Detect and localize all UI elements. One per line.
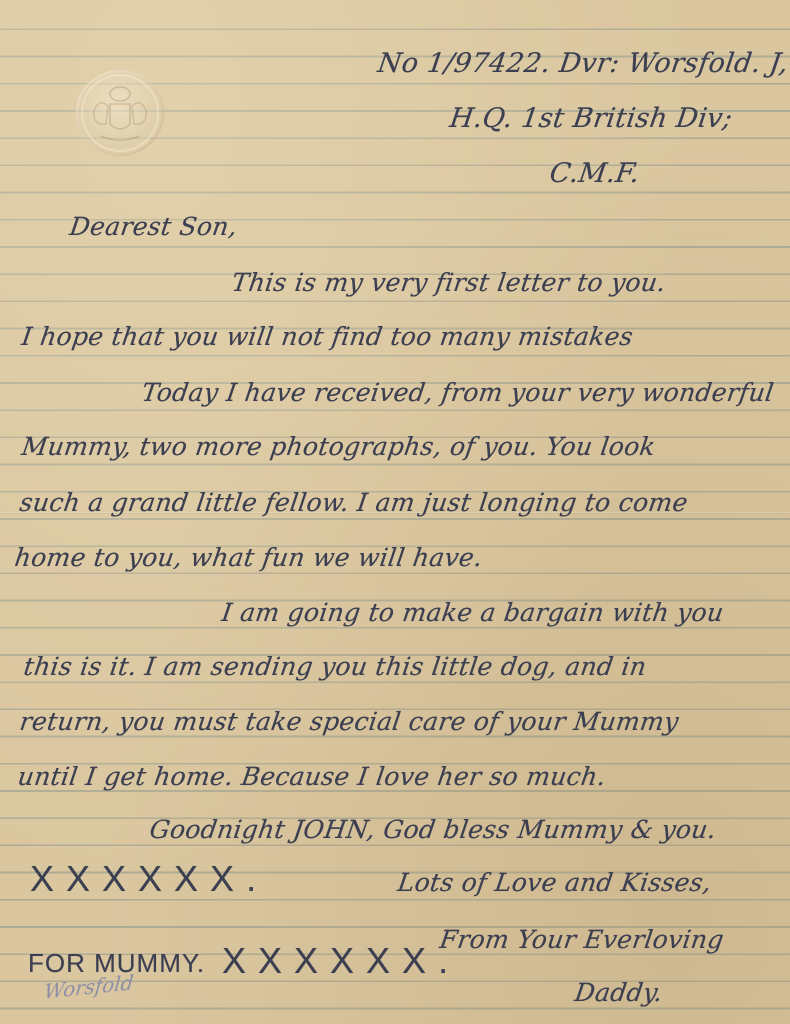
body-line-8: this is it. I am sending you this little…: [22, 652, 648, 681]
force-line: C.M.F.: [548, 158, 642, 189]
embossed-royal-crest-icon: [76, 70, 164, 156]
kisses-for-mummy: XXXXXX.: [222, 940, 460, 982]
body-line-9: return, you must take special care of yo…: [18, 707, 681, 736]
crest-shape: [76, 70, 164, 156]
signature-daddy: Daddy.: [573, 978, 665, 1007]
body-line-2: I hope that you will not find too many m…: [20, 322, 635, 351]
salutation: Dearest Son,: [68, 212, 239, 241]
body-line-4: Mummy, two more photographs, of you. You…: [20, 432, 657, 461]
kisses-for-john: XXXXXX.: [30, 858, 268, 900]
unit-line: H.Q. 1st British Div;: [448, 103, 735, 134]
body-line-10: until I get home. Because I love her so …: [16, 762, 608, 791]
body-line-6: home to you, what fun we will have.: [13, 543, 485, 572]
service-number-line: No 1/97422. Dvr: Worsfold. J,: [376, 48, 790, 79]
body-line-3: Today I have received, from your very wo…: [140, 378, 776, 407]
closing-love-line: Lots of Love and Kisses,: [396, 868, 713, 897]
closing-from-line: From Your Everloving: [438, 925, 726, 954]
body-line-7: I am going to make a bargain with you: [220, 598, 726, 627]
letter-page: No 1/97422. Dvr: Worsfold. J, H.Q. 1st B…: [0, 0, 790, 1024]
goodnight-line: Goodnight JOHN, God bless Mummy & you.: [148, 815, 718, 844]
body-line-1: This is my very first letter to you.: [230, 268, 668, 297]
body-line-5: such a grand little fellow. I am just lo…: [18, 488, 690, 517]
